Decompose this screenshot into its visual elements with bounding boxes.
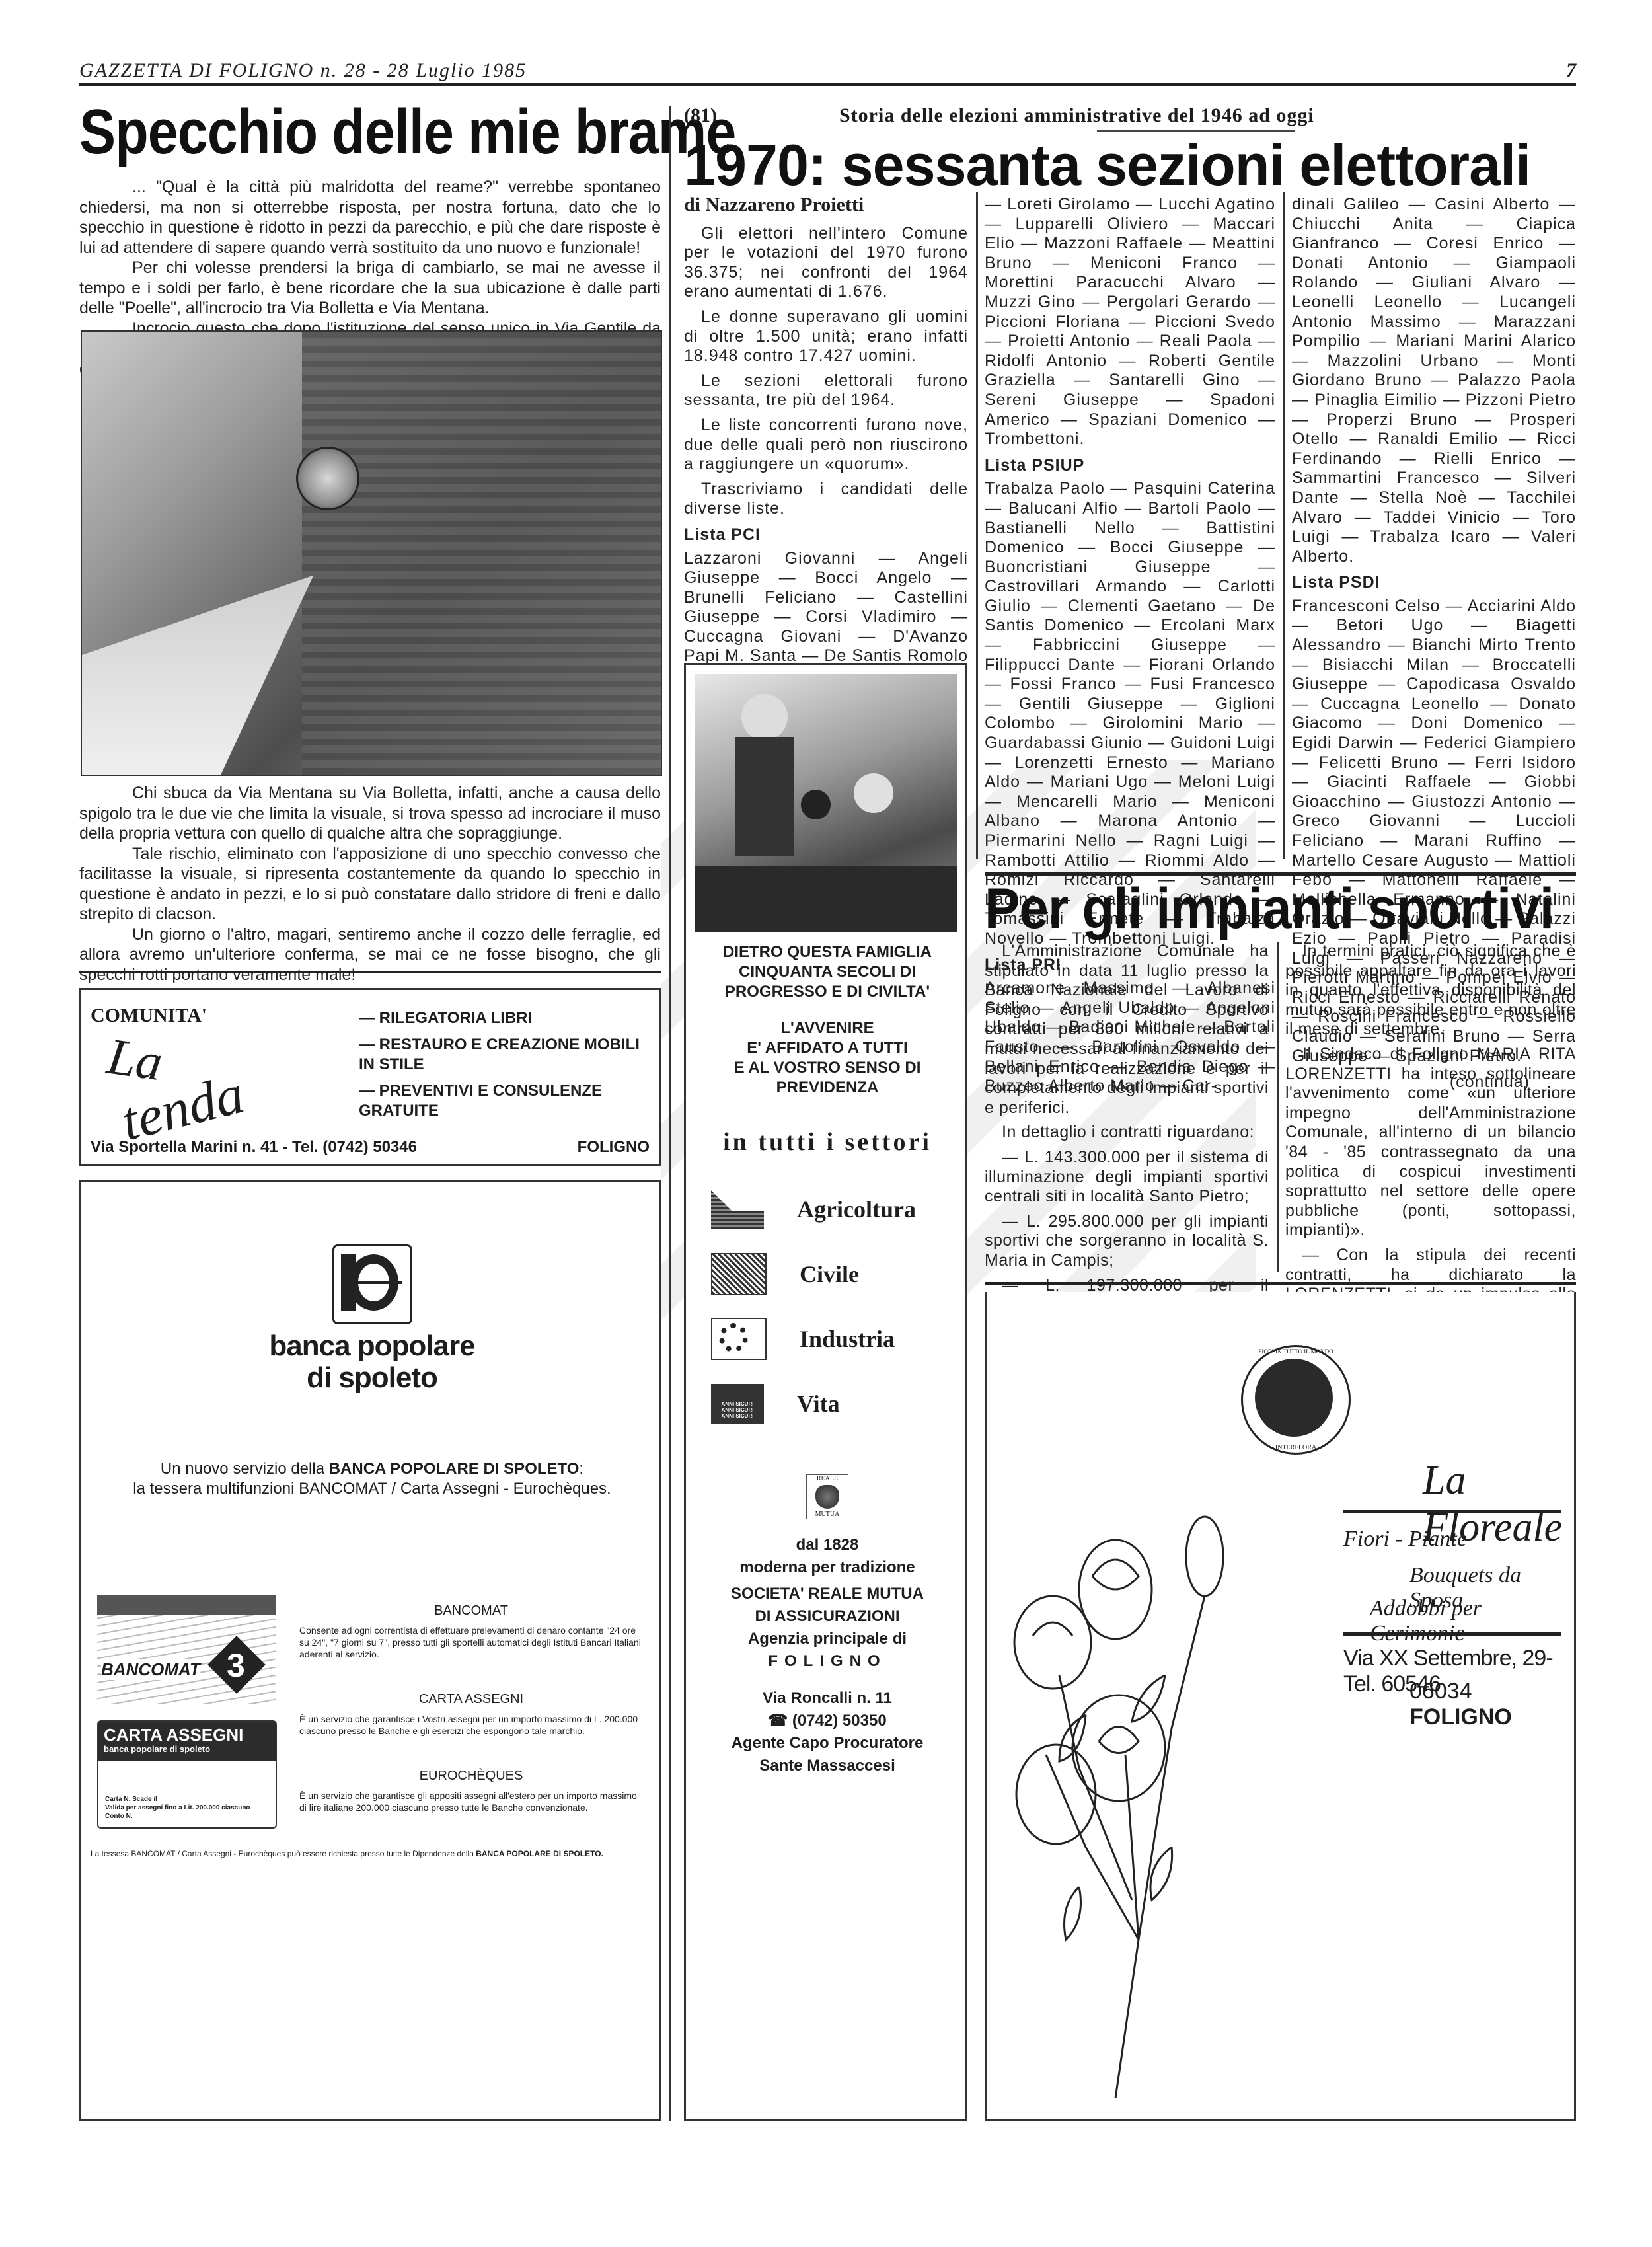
sector-label: Civile [800,1260,859,1288]
agency-phone: ☎ (0742) 50350 [686,1710,969,1732]
divider [985,872,1576,876]
bank-logo-icon [332,1244,412,1324]
bancomat-card-label: BANCOMAT [101,1659,200,1680]
section-title: CARTA ASSEGNI [299,1693,643,1705]
elections-headline: 1970: sessanta sezioni elettorali [684,135,1530,195]
sector-agricoltura: Agricoltura [711,1180,962,1238]
byline: di Nazzareno Proietti [684,195,968,215]
sector-label: Agricoltura [797,1196,916,1223]
paragraph: L'Amministrazione Comunale ha stipulato … [985,942,1269,1118]
telephone-icon: ☎ [768,1712,792,1730]
agent-title: Agente Capo Procuratore [686,1732,969,1755]
company-info: dal 1828 moderna per tradizione SOCIETA'… [686,1534,969,1777]
anni-sicuri-badge: ANNI SICURI ANNI SICURI ANNI SICURI [711,1384,764,1424]
interflora-logo-icon: FIORI IN TUTTO IL MONDO INTERFLORA [1241,1345,1351,1455]
agency: Agenzia principale di [686,1628,969,1650]
ad-address: Via Sportella Marini n. 41 - Tel. (0742)… [91,1138,417,1157]
paragraph: Tale rischio, eliminato con l'apposizion… [79,844,661,925]
series-title: Storia delle elezioni amministrative del… [839,104,1314,127]
divider [79,971,661,973]
column-rule [669,106,671,2121]
family-photo [695,674,957,932]
list-names-pci-cont: — Loreti Girolamo — Lucchi Agatino — Lup… [985,195,1275,449]
column-rule [976,192,978,859]
slogan-2: L'AVVENIRE E' AFFIDATO A TUTTI E AL VOST… [686,1018,969,1098]
company-name: SOCIETA' REALE MUTUA [686,1583,969,1605]
paragraph: Le liste concorrenti furono nove, due de… [684,416,968,475]
service-item: — PREVENTIVI E CONSULENZE GRATUITE [359,1081,650,1121]
agent-name: Sante Massaccesi [686,1755,969,1777]
slogan-1: DIETRO QUESTA FAMIGLIA CINQUANTA SECOLI … [686,942,969,1002]
card-title: CARTA ASSEGNI [104,1726,270,1744]
company-name: DI ASSICURAZIONI [686,1605,969,1628]
ad-reale-mutua: DIETRO QUESTA FAMIGLIA CINQUANTA SECOLI … [684,663,967,2121]
floreale-city: 06034 FOLIGNO [1409,1679,1574,1730]
carta-assegni-card: CARTA ASSEGNI banca popolare di spoleto … [97,1720,277,1829]
divider [985,1282,1576,1285]
broken-mirror [296,447,359,510]
city: FOLIGNO [1409,1704,1512,1730]
slogan-line: E AL VOSTRO SENSO DI [686,1058,969,1078]
sector-label: Vita [797,1390,840,1418]
slogan-line: E' AFFIDATO A TUTTI [686,1038,969,1058]
paragraph: In termini pratici, ciò significa che è … [1285,942,1576,1040]
agency-city: FOLIGNO [686,1650,969,1673]
intro-text: Un nuovo servizio della [161,1460,329,1478]
interflora-name: INTERFLORA [1243,1444,1349,1451]
roses-illustration-icon [1006,1477,1224,2098]
lane [82,576,313,775]
brick-wall [302,332,661,775]
street-photo [81,330,662,776]
badge-line: ANNI SICURI [711,1413,764,1419]
sectors-title: in tutti i settori [686,1127,969,1157]
ad-la-floreale: FIORI IN TUTTO IL MONDO INTERFLORA La Fl… [985,1292,1576,2121]
slogan-line: DIETRO QUESTA FAMIGLIA [686,942,969,962]
card-field: Carta N. Scade il [105,1795,250,1804]
masthead: GAZZETTA DI FOLIGNO n. 28 - 28 Luglio 19… [79,59,527,82]
intro-line2: la tessera multifunzioni BANCOMAT / Cart… [81,1479,663,1499]
bank-services: BANCOMAT Consente ad ogni correntista di… [299,1605,643,1813]
paragraph: Il Sindaco di Foligno MARIA RITA LORENZE… [1285,1045,1576,1240]
paragraph: Gli elettori nell'intero Comune per le v… [684,224,968,302]
since: dal 1828 [686,1534,969,1556]
paragraph: Le donne superavano gli uomini di oltre … [684,307,968,366]
floreale-line3: Addobbi per Cerimonie [1370,1596,1574,1646]
section-text: È un servizio che garantisce gli apposit… [299,1790,643,1813]
section-title: EUROCHÈQUES [299,1770,643,1782]
badge-line: ANNI SICURI [711,1407,764,1413]
bank-name: banca popolare di spoleto [81,1330,663,1394]
footer-bank-name: BANCA POPOLARE DI SPOLETO. [476,1849,603,1858]
sectors-list: Agricoltura Civile Industria ANNI SICURI… [711,1180,962,1433]
list-names-pri-cont: dinali Galileo — Casini Alberto — Chiucc… [1292,195,1576,566]
bank-name-line2: di spoleto [81,1362,663,1394]
bank-name-line1: banca popolare [81,1330,663,1362]
card-fields: Carta N. Scade il Valida per assegni fin… [105,1795,250,1821]
badge-line: ANNI SICURI [711,1401,764,1407]
intro-bank-name: BANCA POPOLARE DI SPOLETO [329,1460,580,1478]
section-text: È un servizio che garantisce i Vostri as… [299,1713,643,1737]
logo-bottom: MUTUA [807,1511,848,1519]
section-text: Consente ad ogni correntista di effettua… [299,1624,643,1660]
logo-top: REALE [807,1475,848,1483]
paragraph: ... "Qual è la città più malridotta del … [79,177,661,258]
family-icon [711,1253,767,1295]
ad-city: FOLIGNO [578,1138,650,1157]
series-number: (81) [684,104,717,127]
floreale-line1: Fiori - Piante [1343,1527,1467,1552]
sports-headline: Per gli impianti sportivi [985,879,1554,938]
agency-address: Via Roncalli n. 11 [686,1687,969,1710]
gear-icon [711,1318,767,1360]
intro-suffix: : [579,1460,583,1478]
ad-label: COMUNITA' [91,1005,207,1027]
paragraph: Per chi volesse prendersi la briga di ca… [79,258,661,319]
paragraph: Trascriviamo i candidati delle diverse l… [684,480,968,519]
zip: 06034 [1409,1679,1472,1704]
slogan-line: L'AVVENIRE [686,1018,969,1038]
section-title: BANCOMAT [299,1605,643,1617]
slogan-line: PROGRESSO E DI CIVILTA' [686,982,969,1002]
paragraph: — L. 143.300.000 per il sistema di illum… [985,1148,1269,1207]
sector-vita: ANNI SICURI ANNI SICURI ANNI SICURI Vita [711,1375,962,1433]
slogan-line: CINQUANTA SECOLI DI [686,962,969,982]
phone-number: (0742) 50350 [792,1712,887,1730]
sector-civile: Civile [711,1245,962,1303]
card-field: Conto N. [105,1812,250,1821]
sector-label: Industria [800,1325,895,1353]
page-number: 7 [1566,59,1576,82]
agriculture-icon [711,1190,764,1229]
paragraph: — L. 295.800.000 per gli impianti sporti… [985,1212,1269,1271]
bank-footer: La tessesa BANCOMAT / Carta Assegni - Eu… [91,1849,659,1858]
list-title-psiup: Lista PSIUP [985,456,1275,476]
page-header: GAZZETTA DI FOLIGNO n. 28 - 28 Luglio 19… [79,59,1576,86]
divider [1343,1632,1561,1636]
divider [1343,1510,1561,1513]
column-rule [1277,942,1279,1272]
reale-mutua-crest-icon: REALE MUTUA [806,1474,848,1519]
tagline: moderna per tradizione [686,1556,969,1579]
service-item: — RILEGATORIA LIBRI [359,1009,650,1028]
ad-banca-popolare: banca popolare di spoleto Un nuovo servi… [79,1180,661,2121]
bank-intro: Un nuovo servizio della BANCA POPOLARE D… [81,1459,663,1499]
services-list: — RILEGATORIA LIBRI — RESTAURO E CREAZIO… [359,1009,650,1121]
footer-text: La tessesa BANCOMAT / Carta Assegni - Eu… [91,1849,476,1858]
slogan-line: PREVIDENZA [686,1078,969,1098]
sector-industria: Industria [711,1310,962,1368]
service-item: — RESTAURO E CREAZIONE MOBILI IN STILE [359,1035,650,1075]
list-title-psdi: Lista PSDI [1292,573,1576,593]
paragraph: In dettaglio i contratti riguardano: [985,1123,1269,1143]
card-subtitle: banca popolare di spoleto [104,1744,270,1754]
list-title-pci: Lista PCI [684,525,968,545]
ad-la-tenda: COMUNITA' La tenda — RILEGATORIA LIBRI —… [79,988,661,1166]
bancomat-card: BANCOMAT 3 [97,1595,276,1704]
paragraph: Chi sbuca da Via Mentana su Via Bolletta… [79,783,661,844]
article-headline: Specchio delle mie brame [79,99,580,165]
article-body: Chi sbuca da Via Mentana su Via Bolletta… [79,783,661,1017]
column-rule [1283,192,1285,859]
paragraph: Un giorno o l'altro, magari, sentiremo a… [79,925,661,985]
interflora-ring-text: FIORI IN TUTTO IL MONDO [1243,1348,1349,1355]
paragraph: Le sezioni elettorali furono sessanta, t… [684,371,968,410]
card-field: Valida per assegni fino a Lit. 200.000 c… [105,1804,250,1812]
